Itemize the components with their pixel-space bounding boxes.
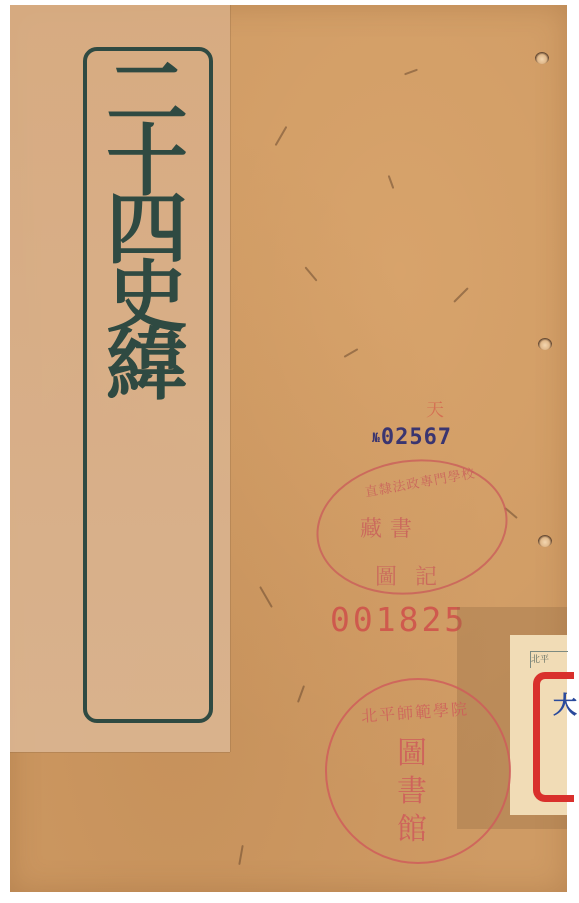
serial-number: №02567 [372,425,452,450]
paper-fiber [297,685,305,703]
binding-hole [538,338,552,350]
shelf-label-header: 北平 [530,651,568,668]
book-title: 二 十 四 史 緯 [92,60,202,400]
accession-number: 001825 [330,600,467,639]
oval-stamp-center-text: 藏書 [360,512,420,543]
paper-fiber [259,586,273,608]
round-stamp-char: 圖 [392,735,432,773]
round-stamp-char: 書 [392,773,432,811]
serial-mark: 天 [426,396,444,422]
binding-hole [535,52,549,64]
paper-fiber [275,126,288,146]
title-char: 緯 [106,332,188,400]
shelf-label-char: 大 [553,685,577,720]
paper-fiber [344,348,359,358]
serial-value: 02567 [381,425,452,450]
paper-fiber [304,266,317,281]
oval-stamp-bottom-text: 圖記 [375,560,455,591]
paper-fiber [404,69,418,76]
binding-hole [538,535,552,547]
round-stamp-center-text: 圖 書 館 [392,735,432,849]
paper-fiber [238,845,243,865]
serial-prefix: № [372,431,381,446]
round-stamp-char: 館 [392,811,432,849]
paper-fiber [453,287,469,303]
paper-fiber [388,175,395,189]
